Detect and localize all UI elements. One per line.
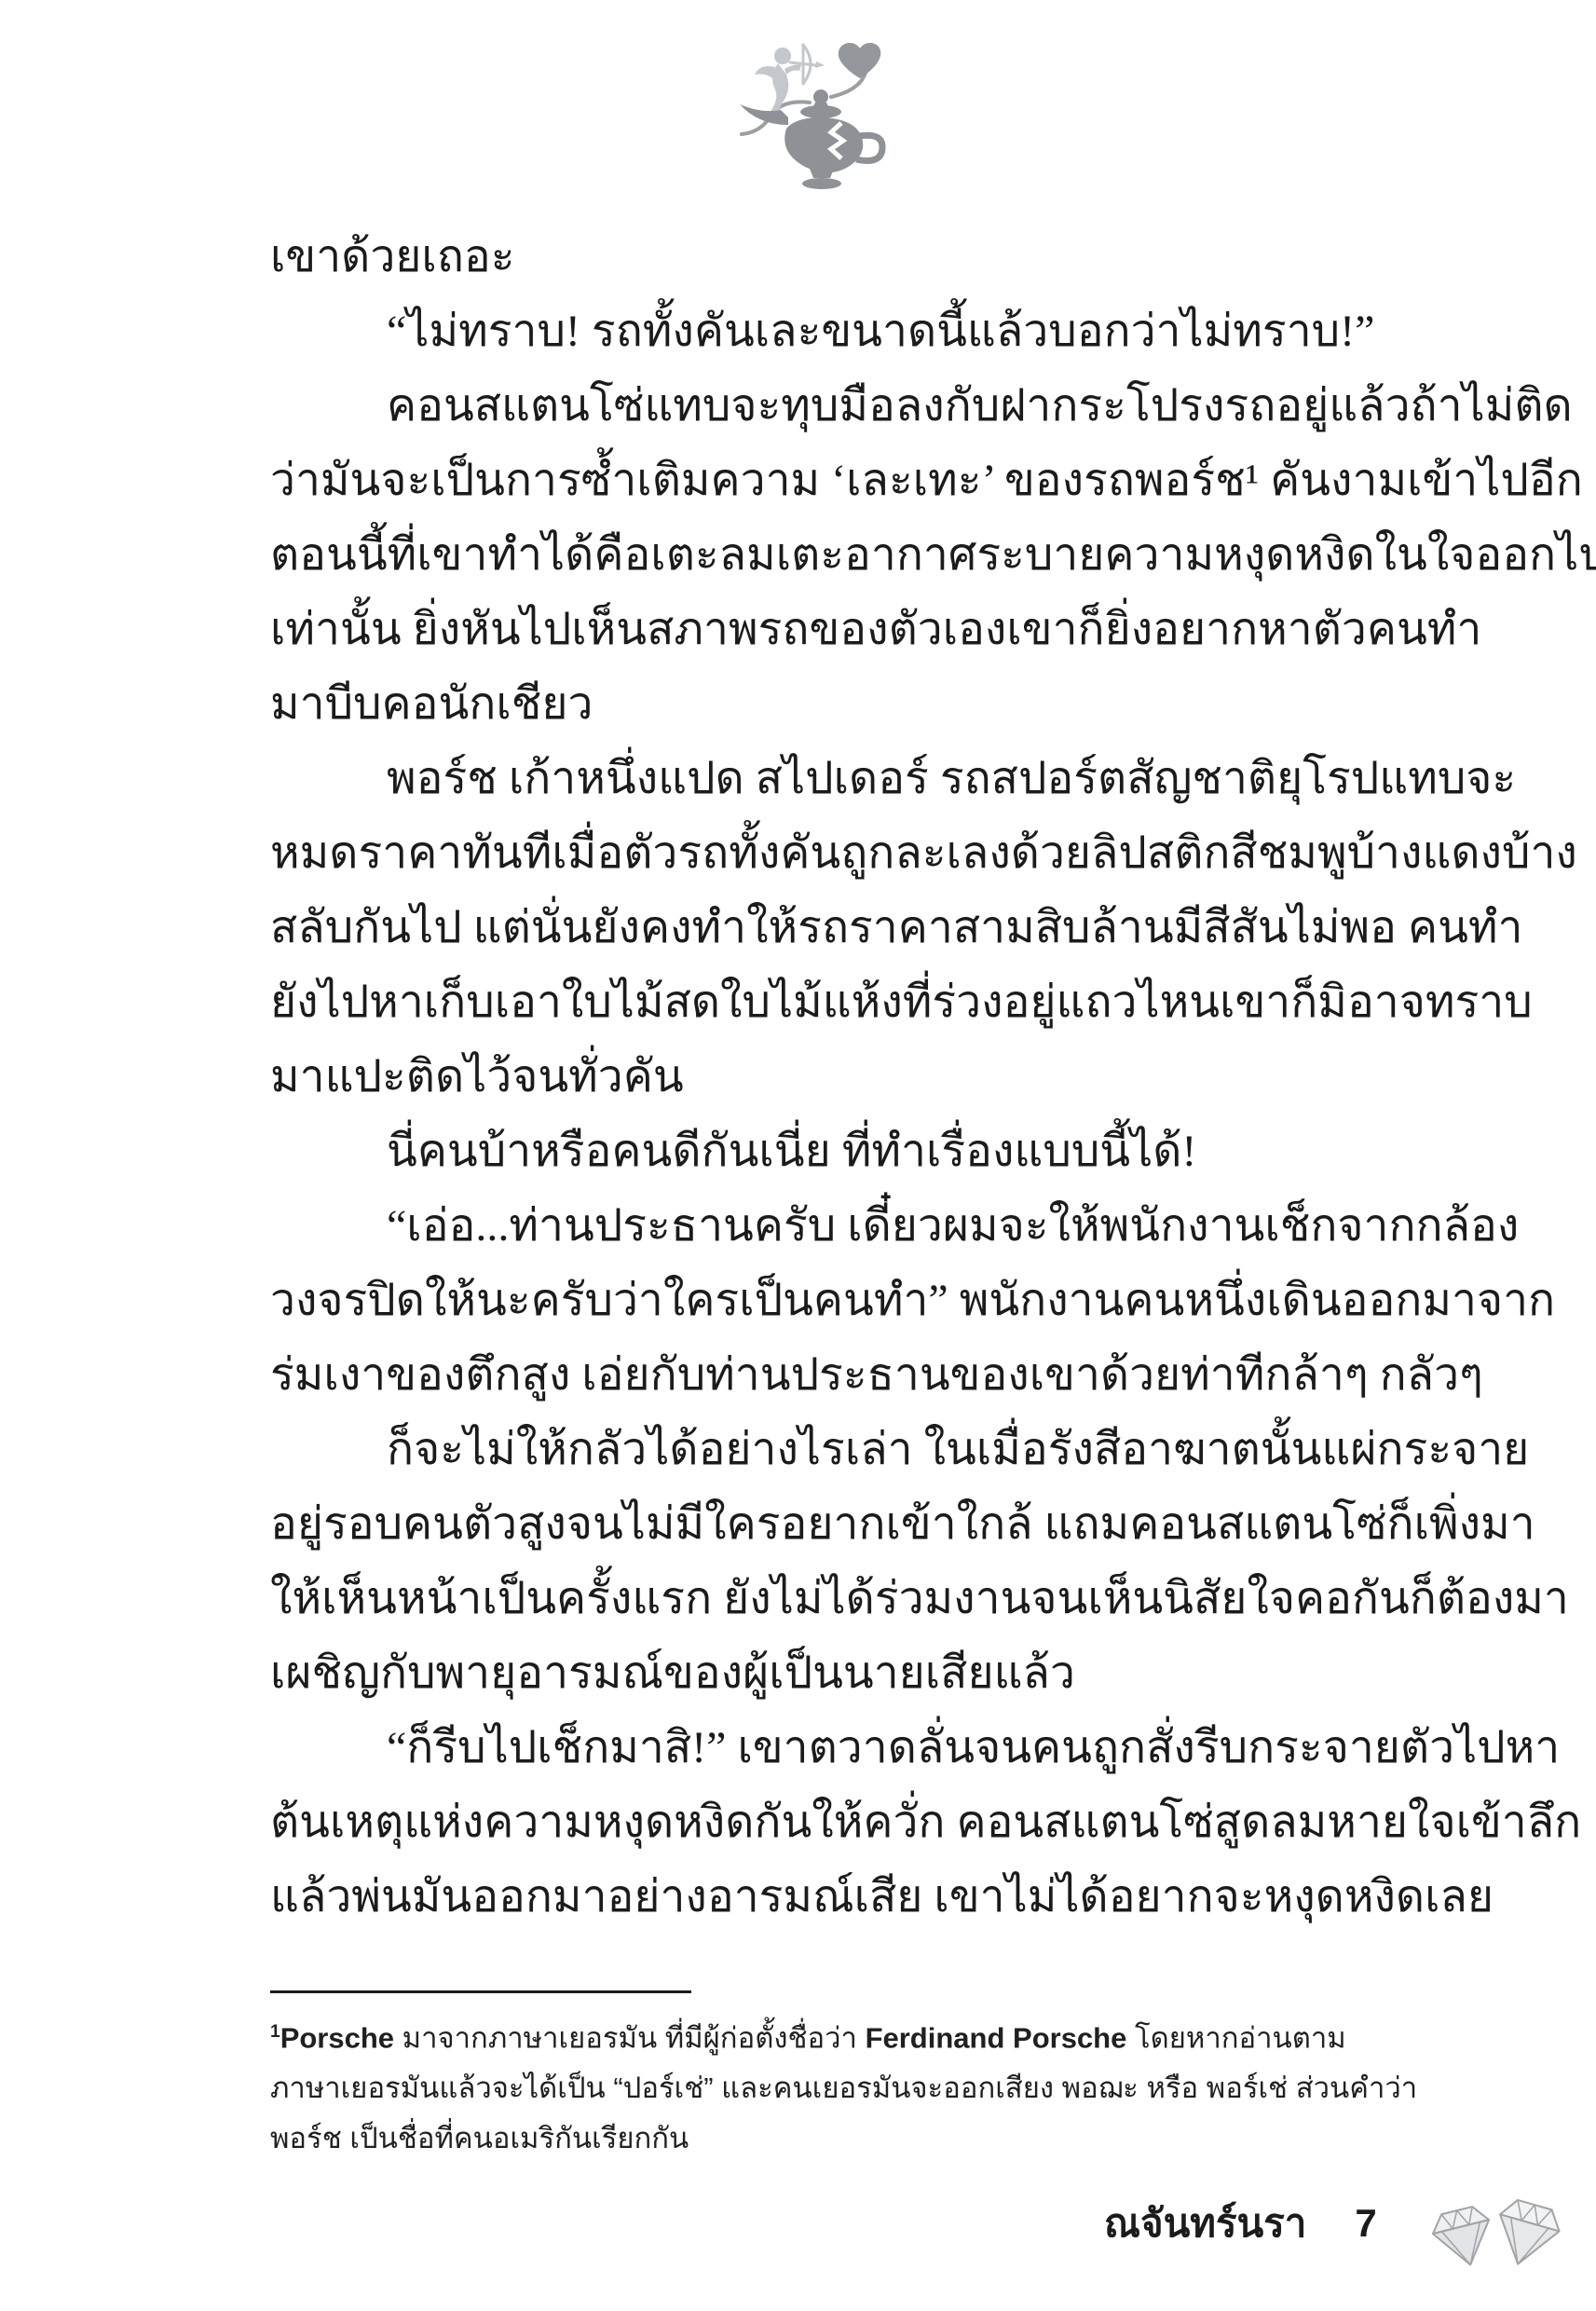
body-text-line: ยังไปหาเก็บเอาใบไม้สดใบไม้แห้งที่ร่วงอยู… [270,965,1439,1040]
footnote-line: พอร์ช เป็นชื่อที่คนอเมริกันเรียกกัน [270,2113,1444,2164]
body-text-line: ให้เห็นหน้าเป็นครั้งแรก ยังไม่ได้ร่วมงาน… [270,1562,1439,1636]
author-name: ณจันทร์นรา [1104,2195,1306,2251]
diamonds-icon [1412,2181,1566,2281]
body-text-line: ต้นเหตุแห่งความหงุดหงิดกันให้ควั่ก คอนสแ… [270,1785,1439,1860]
body-text-line: พอร์ช เก้าหนึ่งแปด สไปเดอร์ รถสปอร์ตสัญช… [270,742,1439,816]
header-ornament [719,37,915,198]
footnote-text: มาจากภาษาเยอรมัน ที่มีผู้ก่อตั้งชื่อว่า [394,2021,866,2054]
body-text-line: เท่านั้น ยิ่งหันไปเห็นสภาพรถของตัวเองเขา… [270,593,1439,667]
body-text-line: “ก็รีบไปเช็กมาสิ!” เขาตวาดลั่นจนคนถูกสั่… [270,1711,1439,1785]
body-text-line: ว่ามันจะเป็นการซ้ำเติมความ ‘เละเทะ’ ของร… [270,444,1439,518]
book-page: เขาด้วยเถอะ “ไม่ทราบ! รถทั้งคันเละขนาดนี… [0,0,1596,2311]
body-text-line: คอนสแตนโซ่แทบจะทุบมือลงกับฝากระโปรงรถอยู… [270,369,1439,444]
body-text-line: แล้วพ่นมันออกมาอย่างอารมณ์เสีย เขาไม่ได้… [270,1860,1439,1935]
footnote-line: 1Porsche มาจากภาษาเยอรมัน ที่มีผู้ก่อตั้… [270,2007,1444,2063]
footnote-marker: 1 [270,2022,280,2042]
body-text-line: เผชิญกับพายุอารมณ์ของผู้เป็นนายเสียแล้ว [270,1636,1439,1711]
body-text-line: เขาด้วยเถอะ [270,220,1439,294]
body-text-line: “เอ่อ...ท่านประธานครับ เดี๋ยวผมจะให้พนัก… [270,1189,1439,1264]
body-text-line: นี่คนบ้าหรือคนดีกันเนี่ย ที่ทำเรื่องแบบน… [270,1114,1439,1189]
body-text-line: ร่มเงาของตึกสูง เอ่ยกับท่านประธานของเขาด… [270,1338,1439,1413]
body-text-line: วงจรปิดให้นะครับว่าใครเป็นคนทำ” พนักงานค… [270,1264,1439,1338]
body-text-line: ก็จะไม่ให้กลัวได้อย่างไรเล่า ในเมื่อรังส… [270,1413,1439,1487]
footnote-founder: Ferdinand Porsche [866,2021,1127,2054]
cupid-genie-lamp-icon [719,37,915,194]
footnote-text: โดยหากอ่านตาม [1126,2021,1345,2054]
body-text-line: มาแปะติดไว้จนทั่วคัน [270,1040,1439,1114]
body-text-line: มาบีบคอนักเชียว [270,667,1439,742]
page-footer: ณจันทร์นรา 7 [1104,2188,1566,2286]
footnote-brand: Porsche [280,2021,394,2054]
page-number: 7 [1355,2195,1376,2251]
body-text-line: หมดราคาทันทีเมื่อตัวรถทั้งคันถูกละเลงด้ว… [270,816,1439,891]
body-text-line: สลับกันไป แต่นั่นยังคงทำให้รถราคาสามสิบล… [270,891,1439,965]
body-text-line: ตอนนี้ที่เขาทำได้คือเตะลมเตะอากาศระบายคว… [270,518,1439,593]
body-text-line: “ไม่ทราบ! รถทั้งคันเละขนาดนี้แล้วบอกว่าไ… [270,294,1439,369]
footnote-line: ภาษาเยอรมันแล้วจะได้เป็น “ปอร์เช่” และคน… [270,2063,1444,2113]
footnote: 1Porsche มาจากภาษาเยอรมัน ที่มีผู้ก่อตั้… [270,2007,1444,2164]
body-text-line: อยู่รอบคนตัวสูงจนไม่มีใครอยากเข้าใกล้ แถ… [270,1487,1439,1562]
body-text: เขาด้วยเถอะ “ไม่ทราบ! รถทั้งคันเละขนาดนี… [270,220,1439,1935]
footnote-divider [270,1990,691,1993]
diamonds-decoration [1412,2181,1566,2286]
